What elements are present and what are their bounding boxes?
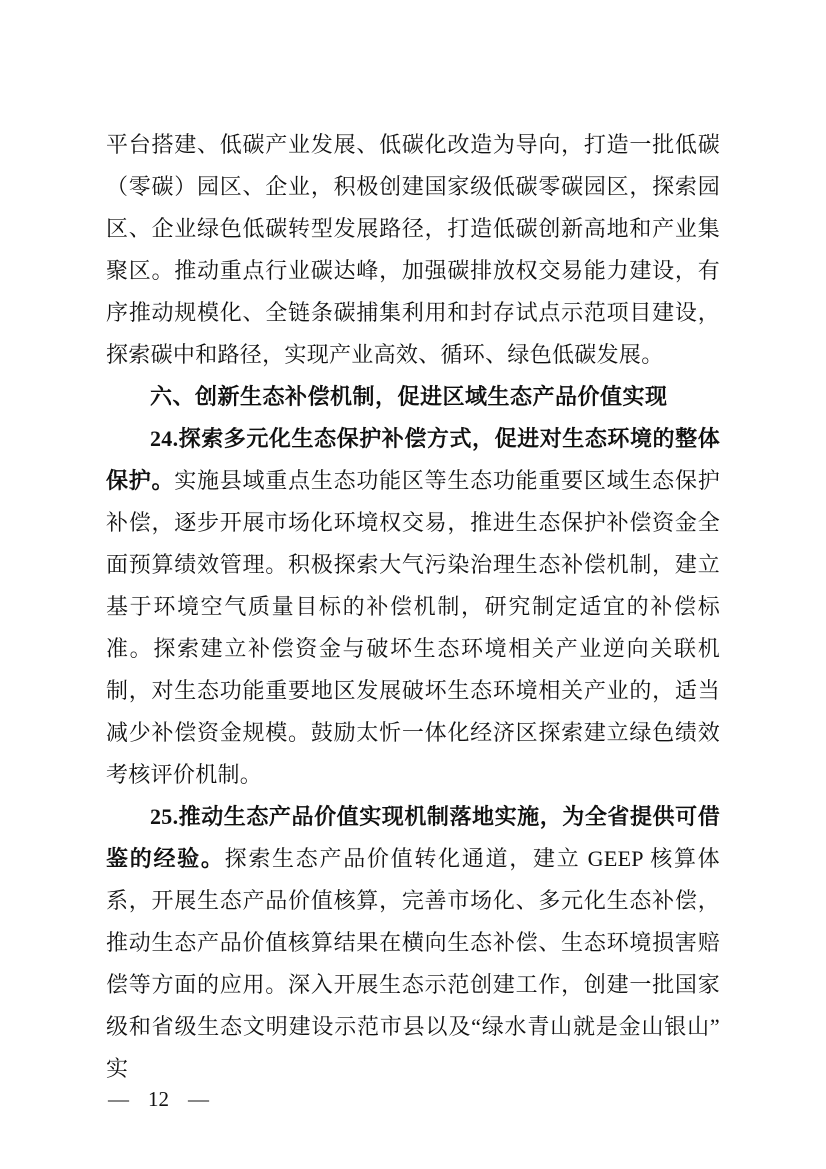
page-number: 12 [148,1083,169,1115]
text-run: 实施县域重点生态功能区等生态功能重要区域生态保护补偿，逐步开展市场化环境权交易，… [106,468,720,787]
document-body: 平台搭建、低碳产业发展、低碳化改造为导向，打造一批低碳（零碳）园区、企业，积极创… [106,124,720,1090]
footer-dash-left: — [108,1083,129,1115]
footer-dash-right: — [188,1083,209,1115]
document-page: 平台搭建、低碳产业发展、低碳化改造为导向，打造一批低碳（零碳）园区、企业，积极创… [0,0,826,1169]
text-run: 探索生态产品价值转化通道，建立 GEEP 核算体系，开展生态产品价值核算，完善市… [106,846,720,1081]
text-run-bold: 六、创新生态补偿机制，促进区域生态产品价值实现 [150,384,668,409]
para-item-25: 25.推动生态产品价值实现机制落地实施，为全省提供可借鉴的经验。探索生态产品价值… [106,796,720,1090]
para-low-carbon-continuation: 平台搭建、低碳产业发展、低碳化改造为导向，打造一批低碳（零碳）园区、企业，积极创… [106,124,720,376]
page-footer: — 12 — [108,1083,209,1115]
para-item-24: 24.探索多元化生态保护补偿方式，促进对生态环境的整体保护。实施县域重点生态功能… [106,418,720,796]
text-run: 平台搭建、低碳产业发展、低碳化改造为导向，打造一批低碳（零碳）园区、企业，积极创… [106,132,720,367]
heading-section-6: 六、创新生态补偿机制，促进区域生态产品价值实现 [106,376,720,418]
